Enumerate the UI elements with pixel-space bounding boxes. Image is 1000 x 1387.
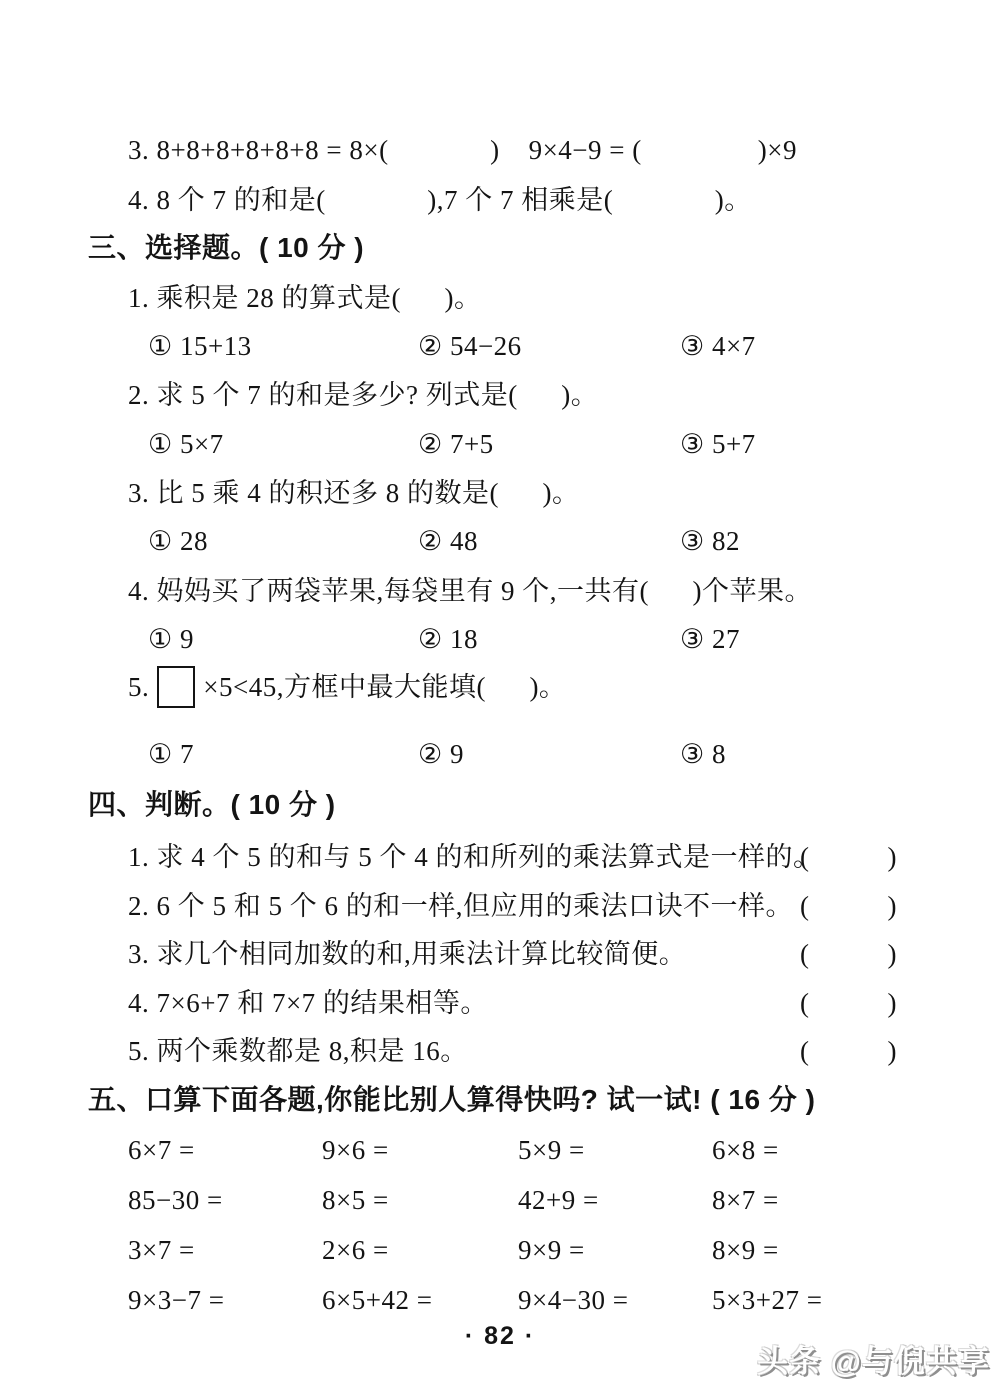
calc-expression: 9×4−30 = (518, 1280, 628, 1320)
calc-expression: 85−30 = (128, 1180, 223, 1220)
calc-expression: 8×9 = (712, 1230, 779, 1270)
option: ② 7+5 (418, 424, 494, 464)
calc-expression: 6×8 = (712, 1130, 779, 1170)
choice-options-3: ① 28 ② 48 ③ 82 (0, 521, 1000, 563)
choice-options-4: ① 9 ② 18 ③ 27 (0, 619, 1000, 661)
judgment-text: 1. 求 4 个 5 的和与 5 个 4 的和所列的乘法算式是一样的。 (128, 837, 821, 877)
judgment-item-2: 2. 6 个 5 和 5 个 6 的和一样,但应用的乘法口诀不一样。 ( ) (0, 886, 1000, 928)
option: ② 48 (418, 521, 478, 561)
judgment-item-3: 3. 求几个相同加数的和,用乘法计算比较简便。 ( ) (0, 934, 1000, 976)
calc-expression: 9×6 = (322, 1130, 389, 1170)
blank-box (157, 666, 195, 708)
calc-row-1: 6×7 = 9×6 = 5×9 = 6×8 = (0, 1130, 1000, 1172)
answer-blank: ( ) (800, 837, 897, 877)
choice-question-5: 5. ×5<45,方框中最大能填( )。 (128, 666, 566, 708)
option: ① 15+13 (148, 326, 252, 366)
calc-expression: 5×9 = (518, 1130, 585, 1170)
calc-expression: 5×3+27 = (712, 1280, 822, 1320)
calc-expression: 6×7 = (128, 1130, 195, 1170)
choice-question-3: 3. 比 5 乘 4 的积还多 8 的数是( )。 (128, 473, 579, 513)
judgment-text: 4. 7×6+7 和 7×7 的结果相等。 (128, 983, 488, 1023)
option: ③ 82 (680, 521, 740, 561)
question-text: ×5<45,方框中最大能填( )。 (203, 667, 566, 707)
choice-question-4: 4. 妈妈买了两袋苹果,每袋里有 9 个,一共有( )个苹果。 (128, 571, 812, 611)
answer-blank: ( ) (800, 1031, 897, 1071)
option: ③ 27 (680, 619, 740, 659)
worksheet-page: 3. 8+8+8+8+8+8 = 8×( ) 9×4−9 = ( )×9 4. … (0, 0, 1000, 1387)
choice-question-1: 1. 乘积是 28 的算式是( )。 (128, 278, 481, 318)
option: ③ 4×7 (680, 326, 756, 366)
judgment-text: 2. 6 个 5 和 5 个 6 的和一样,但应用的乘法口诀不一样。 (128, 886, 793, 926)
option: ① 28 (148, 521, 208, 561)
watermark: 头条 @与倪共享 (757, 1336, 990, 1381)
answer-blank: ( ) (800, 934, 897, 974)
calc-expression: 2×6 = (322, 1230, 389, 1270)
option: ③ 8 (680, 734, 726, 774)
judgment-text: 3. 求几个相同加数的和,用乘法计算比较简便。 (128, 934, 686, 974)
choice-options-1: ① 15+13 ② 54−26 ③ 4×7 (0, 326, 1000, 368)
judgment-item-1: 1. 求 4 个 5 的和与 5 个 4 的和所列的乘法算式是一样的。 ( ) (0, 837, 1000, 879)
option: ① 7 (148, 734, 194, 774)
option: ① 9 (148, 619, 194, 659)
calc-expression: 8×7 = (712, 1180, 779, 1220)
section4-heading: 四、判断。( 10 分 ) (88, 785, 336, 825)
judgment-item-4: 4. 7×6+7 和 7×7 的结果相等。 ( ) (0, 983, 1000, 1025)
calc-row-4: 9×3−7 = 6×5+42 = 9×4−30 = 5×3+27 = (0, 1280, 1000, 1322)
section5-heading: 五、口算下面各题,你能比别人算得快吗? 试一试! ( 16 分 ) (88, 1080, 815, 1120)
option: ① 5×7 (148, 424, 224, 464)
calc-expression: 3×7 = (128, 1230, 195, 1270)
calc-expression: 9×9 = (518, 1230, 585, 1270)
judgment-item-5: 5. 两个乘数都是 8,积是 16。 ( ) (0, 1031, 1000, 1073)
fill-in-item-3: 3. 8+8+8+8+8+8 = 8×( ) 9×4−9 = ( )×9 (128, 130, 797, 170)
answer-blank: ( ) (800, 983, 897, 1023)
option: ③ 5+7 (680, 424, 756, 464)
choice-question-2: 2. 求 5 个 7 的和是多少? 列式是( )。 (128, 375, 598, 415)
calc-expression: 9×3−7 = (128, 1280, 224, 1320)
answer-blank: ( ) (800, 886, 897, 926)
calc-row-2: 85−30 = 8×5 = 42+9 = 8×7 = (0, 1180, 1000, 1222)
option: ② 9 (418, 734, 464, 774)
calc-expression: 8×5 = (322, 1180, 389, 1220)
calc-expression: 42+9 = (518, 1180, 599, 1220)
calc-expression: 6×5+42 = (322, 1280, 432, 1320)
calc-row-3: 3×7 = 2×6 = 9×9 = 8×9 = (0, 1230, 1000, 1272)
choice-options-5: ① 7 ② 9 ③ 8 (0, 734, 1000, 776)
question-number: 5. (128, 667, 149, 707)
judgment-text: 5. 两个乘数都是 8,积是 16。 (128, 1031, 468, 1071)
section3-heading: 三、选择题。( 10 分 ) (88, 228, 364, 268)
option: ② 18 (418, 619, 478, 659)
option: ② 54−26 (418, 326, 522, 366)
fill-in-item-4: 4. 8 个 7 的和是( ),7 个 7 相乘是( )。 (128, 180, 752, 220)
choice-options-2: ① 5×7 ② 7+5 ③ 5+7 (0, 424, 1000, 466)
